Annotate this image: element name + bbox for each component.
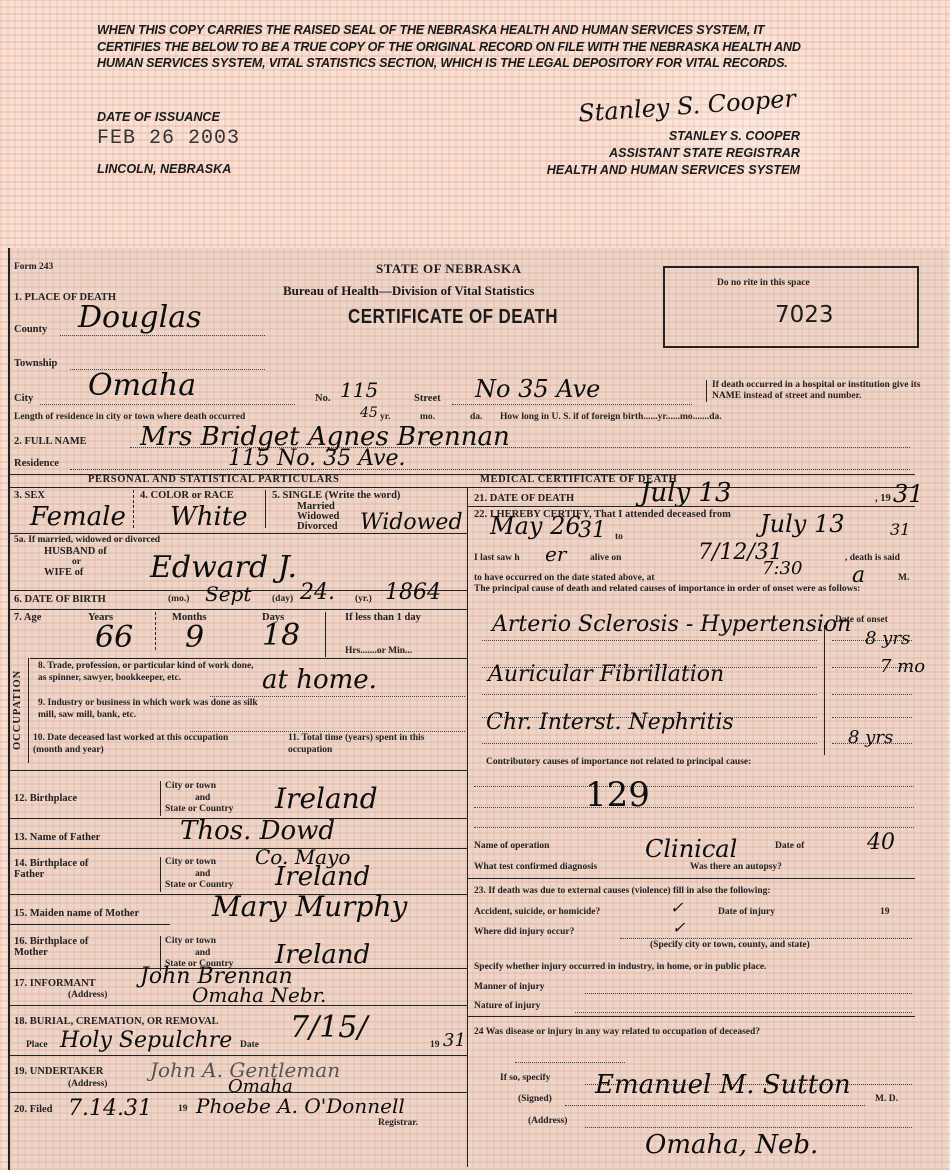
birthplace-prompts: City or town and State or Country xyxy=(160,781,233,816)
father-birthplace-label: 14. Birthplace of Father xyxy=(14,858,114,880)
registrar-block: STANLEY S. COOPER ASSISTANT STATE REGIST… xyxy=(547,128,800,179)
trade-value: at home. xyxy=(262,665,377,695)
cause-1-onset: 8 yrs xyxy=(865,628,910,649)
spouse-label-3: or xyxy=(72,557,81,567)
specify-setting-label: Specify whether injury occurred in indus… xyxy=(474,962,766,972)
residence-length-value: 45 xyxy=(360,405,378,421)
filed-year-prefix: 19 xyxy=(178,1104,188,1114)
office-use-box: Do no rite in this space 7023 xyxy=(663,266,919,348)
state-title: STATE OF NEBRASKA xyxy=(376,261,522,277)
physician-address-label: (Address) xyxy=(528,1116,567,1126)
mo-label: mo. xyxy=(420,412,435,422)
nature-line xyxy=(575,1012,912,1013)
divider xyxy=(10,1092,467,1093)
last-worked-label: 10. Date deceased last worked at this oc… xyxy=(33,733,243,756)
burial-place: Holy Sepulchre xyxy=(60,1028,232,1053)
divider xyxy=(265,490,266,528)
to-label: to xyxy=(615,532,623,542)
death-time: 7:30 xyxy=(762,558,802,579)
birthplace-country: Ireland xyxy=(275,782,378,815)
age-years: 66 xyxy=(95,620,133,655)
father-label: 13. Name of Father xyxy=(14,832,100,843)
cause-2: Auricular Fibrillation xyxy=(488,662,724,687)
manner-label: Manner of injury xyxy=(474,982,545,992)
trade-label: 8. Trade, profession, or particular kind… xyxy=(38,661,258,684)
attended-to-year: 31 xyxy=(890,520,910,539)
signed-line xyxy=(565,1105,865,1106)
age-days: 18 xyxy=(262,618,300,653)
signed-label: (Signed) xyxy=(518,1094,552,1104)
contributory-line xyxy=(474,786,914,787)
less-than-day-label: If less than 1 day xyxy=(345,612,421,623)
registration-number: 7023 xyxy=(775,302,834,328)
sex-label: 3. SEX xyxy=(14,490,45,501)
issuance-date: FEB 26 2003 xyxy=(97,127,240,150)
dob-month: Sept xyxy=(205,582,251,606)
cause-3-onset: 8 yrs xyxy=(848,727,893,748)
last-saw-label: I last saw h xyxy=(474,553,520,563)
m-label: M. xyxy=(898,573,909,583)
test-label: What test confirmed diagnosis xyxy=(474,862,597,872)
certification-statement: WHEN THIS COPY CARRIES THE RAISED SEAL O… xyxy=(97,22,817,72)
burial-place-label: Place xyxy=(26,1040,48,1050)
registrar-signature-local: Phoebe A. O'Donnell xyxy=(196,1094,405,1118)
filed-label: 20. Filed xyxy=(14,1104,53,1115)
city-or-town-label: City or town xyxy=(165,781,233,793)
marital-label: 5. SINGLE (Write the word) xyxy=(272,490,400,501)
full-name-label: 2. FULL NAME xyxy=(14,436,87,447)
divider xyxy=(663,347,917,348)
trade-line xyxy=(210,696,465,697)
operation-label: Name of operation xyxy=(474,841,549,851)
registrar-org: HEALTH AND HUMAN SERVICES SYSTEM xyxy=(547,162,800,179)
divider xyxy=(467,878,915,879)
manner-line xyxy=(585,993,912,994)
house-number: 115 xyxy=(340,378,378,402)
sex-value: Female xyxy=(30,502,126,532)
cause-line xyxy=(482,694,817,695)
filed-date: 7.14.31 xyxy=(68,1096,152,1121)
address-line xyxy=(585,1127,912,1128)
death-said-label: , death is said xyxy=(845,553,900,563)
registrar-name: STANLEY S. COOPER xyxy=(547,128,800,145)
dod-year: 31 xyxy=(893,480,924,508)
contributory-note: 129 xyxy=(585,775,650,815)
city-value: Omaha xyxy=(88,368,196,403)
residence-value: 115 No. 35 Ave. xyxy=(228,446,406,471)
residence-line xyxy=(70,469,910,470)
divider xyxy=(10,924,170,925)
dob-day-label: (day) xyxy=(272,594,293,604)
attended-from: May 26 xyxy=(490,512,581,540)
onset-line xyxy=(832,717,912,718)
state-or-country-label: State or Country xyxy=(165,804,233,816)
burial-date: 7/15/ xyxy=(290,1010,367,1045)
mother-value: Mary Murphy xyxy=(212,890,407,923)
divider xyxy=(133,490,134,528)
father-value: Thos. Dowd xyxy=(180,816,335,846)
dod-label: 21. DATE OF DEATH xyxy=(474,493,574,504)
marital-value: Widowed xyxy=(360,510,463,535)
divider xyxy=(10,487,915,488)
informant-address: Omaha Nebr. xyxy=(192,983,326,1007)
informant-label: 17. INFORMANT xyxy=(14,978,96,989)
nature-label: Nature of injury xyxy=(474,1001,540,1011)
dob-label: 6. DATE OF BIRTH xyxy=(14,594,106,605)
undertaker-label: 19. UNDERTAKER xyxy=(14,1066,103,1077)
issuance-place: LINCOLN, NEBRASKA xyxy=(97,162,231,176)
specify-location-note: (Specify city or town, county, and state… xyxy=(650,940,810,950)
form-number: Form 243 xyxy=(14,262,53,272)
principal-cause-label: The principal cause of death and related… xyxy=(474,584,914,595)
birthplace-label: 12. Birthplace xyxy=(14,793,77,804)
county-line xyxy=(60,335,265,336)
city-or-town-label: City or town xyxy=(165,857,233,869)
marital-option-divorced: Divorced xyxy=(297,521,338,532)
divider xyxy=(28,658,29,763)
attended-from-year: 31 xyxy=(578,518,606,543)
alive-on-label: alive on xyxy=(590,553,621,563)
contributory-line xyxy=(474,827,914,828)
residence-length-label: Length of residence in city or town wher… xyxy=(14,412,245,422)
street-line xyxy=(452,404,692,405)
certificate-title: CERTIFICATE OF DEATH xyxy=(348,306,558,329)
divider xyxy=(10,1005,467,1006)
city-or-town-label: City or town xyxy=(165,936,233,948)
race-label: 4. COLOR or RACE xyxy=(140,490,234,501)
onset-divider xyxy=(824,625,825,755)
burial-label: 18. BURIAL, CREMATION, OR REMOVAL xyxy=(14,1016,219,1027)
cause-1: Arterio Sclerosis - Hypertension xyxy=(492,612,851,637)
county-label: County xyxy=(14,324,47,335)
dod-year-prefix: , 19 xyxy=(875,493,891,504)
last-saw-her: er xyxy=(545,542,566,566)
divider xyxy=(10,533,467,534)
where-line xyxy=(620,938,912,939)
physician-address: Omaha, Neb. xyxy=(645,1130,818,1160)
spouse-value: Edward J. xyxy=(150,550,297,585)
and-label: and xyxy=(165,793,233,805)
divider xyxy=(10,848,467,849)
da-label: da. xyxy=(470,412,482,422)
dod-value: July 13 xyxy=(640,478,732,508)
township-label: Township xyxy=(14,358,57,369)
dob-day: 24. xyxy=(300,580,335,605)
informant-address-label: (Address) xyxy=(68,990,107,1000)
contributory-label: Contributory causes of importance not re… xyxy=(486,757,751,767)
occupational-line xyxy=(515,1062,625,1063)
external-label: 23. If death was due to external causes … xyxy=(474,886,914,897)
divider xyxy=(10,770,467,771)
industry-label: 9. Industry or business in which work wa… xyxy=(38,698,258,721)
operation-date-label: Date of xyxy=(775,841,804,851)
residence-label: Residence xyxy=(14,458,59,469)
yr-label: yr. xyxy=(380,412,390,422)
if-so-label: If so, specify xyxy=(500,1073,550,1083)
number-label: No. xyxy=(315,393,330,404)
hrs-min-label: Hrs.......or Min... xyxy=(345,646,412,656)
attended-to: July 13 xyxy=(760,510,844,538)
city-line xyxy=(40,404,295,405)
occupational-label: 24 Was disease or injury in any way rela… xyxy=(474,1027,760,1037)
spouse-label-1: 5a. If married, widowed or divorced xyxy=(14,535,160,545)
mother-birthplace-label: 16. Birthplace of Mother xyxy=(14,936,114,958)
divider xyxy=(30,658,467,659)
where-label: Where did injury occur? xyxy=(474,927,574,937)
cause-2-onset: 7 mo xyxy=(880,656,925,677)
undertaker-address-label: (Address) xyxy=(68,1079,107,1089)
do-not-write-label: Do no rite in this space xyxy=(717,278,810,288)
injury-date-label: Date of injury xyxy=(718,907,775,917)
burial-year-prefix: 19 xyxy=(430,1040,440,1050)
cause-line xyxy=(482,743,817,744)
divider xyxy=(10,609,467,610)
divider xyxy=(325,612,326,657)
burial-date-label: Date xyxy=(240,1040,259,1050)
burial-year: 31 xyxy=(443,1030,466,1051)
occupation-vertical-label: OCCUPATION xyxy=(12,670,23,750)
operation-value: Clinical xyxy=(645,835,737,863)
occurred-label: to have occurred on the date stated abov… xyxy=(474,573,655,583)
contributory-line xyxy=(474,807,914,808)
father-birth-country: Ireland xyxy=(275,862,370,892)
dob-year: 1864 xyxy=(385,580,441,605)
issuance-label: DATE OF ISSUANCE xyxy=(97,110,220,124)
county-value: Douglas xyxy=(78,300,202,335)
accident-check: ✓ xyxy=(670,898,683,917)
age-months: 9 xyxy=(185,620,204,655)
industry-line xyxy=(190,731,465,732)
registrar-title: ASSISTANT STATE REGISTRAR xyxy=(547,145,800,162)
column-divider xyxy=(467,487,468,1167)
mother-label: 15. Maiden name of Mother xyxy=(14,908,139,919)
accident-label: Accident, suicide, or homicide? xyxy=(474,907,600,917)
personal-section-title: PERSONAL AND STATISTICAL PARTICULARS xyxy=(88,474,339,485)
physician-signature: Emanuel M. Sutton xyxy=(595,1070,851,1100)
and-label: and xyxy=(165,948,233,960)
divider xyxy=(467,1016,915,1017)
dob-month-label: (mo.) xyxy=(168,594,189,604)
hospital-note: If death occurred in a hospital or insti… xyxy=(706,380,922,402)
spouse-label-2: HUSBAND of xyxy=(44,546,107,557)
father-birthplace-prompts: City or town and State or Country xyxy=(160,857,233,892)
race-value: White xyxy=(170,502,248,532)
us-length-label: How long in U. S. if of foreign birth...… xyxy=(500,412,722,422)
autopsy-label: Was there an autopsy? xyxy=(690,862,782,872)
divider xyxy=(155,612,156,650)
street-value: No 35 Ave xyxy=(475,375,600,403)
street-label: Street xyxy=(414,393,441,404)
age-label: 7. Age xyxy=(14,612,41,623)
md-label: M. D. xyxy=(875,1094,898,1104)
operation-date-note: 40 xyxy=(867,830,895,855)
injury-year-label: 19 xyxy=(880,907,890,917)
registrar-label: Registrar. xyxy=(378,1118,418,1128)
and-label: and xyxy=(165,869,233,881)
spouse-label-4: WIFE of xyxy=(44,567,83,578)
cause-3: Chr. Interst. Nephritis xyxy=(486,710,734,735)
city-label: City xyxy=(14,393,33,404)
where-check: ✓ xyxy=(672,918,685,937)
divider xyxy=(467,506,915,507)
cause-line xyxy=(482,640,817,641)
dob-year-label: (yr.) xyxy=(355,594,372,604)
onset-line xyxy=(832,694,912,695)
total-time-label: 11. Total time (years) spent in this occ… xyxy=(288,733,438,756)
divider xyxy=(10,1055,467,1056)
bureau-title: Bureau of Health—Division of Vital Stati… xyxy=(283,283,534,299)
